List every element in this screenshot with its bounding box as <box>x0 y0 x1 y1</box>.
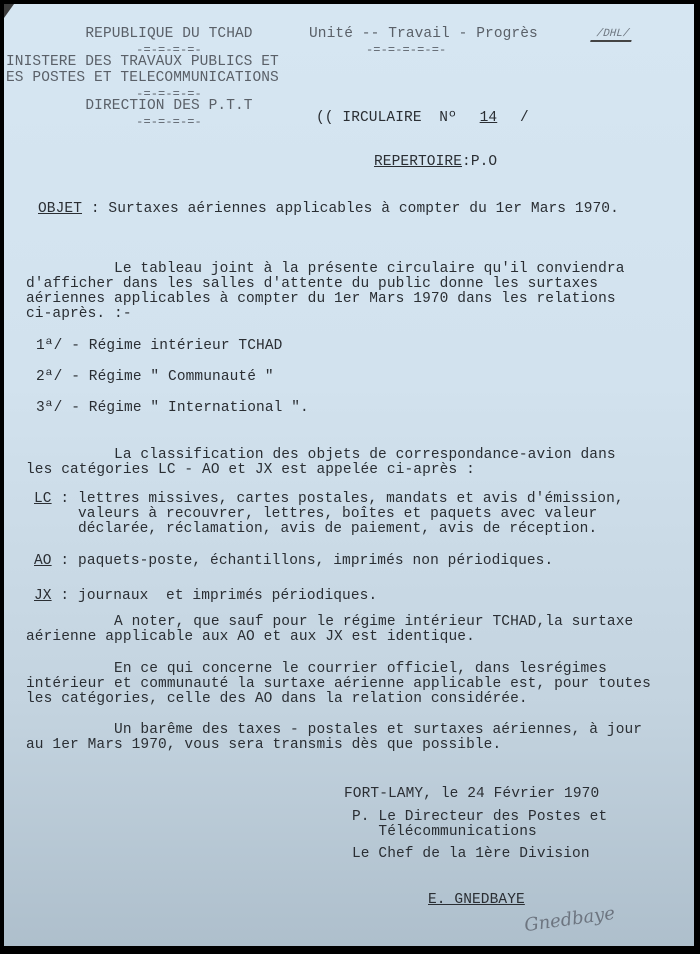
objet-label: OBJET <box>38 201 82 217</box>
official-mail-paragraph: intérieur et communauté la surtaxe aérie… <box>26 676 651 692</box>
reference-stamp: /DHL/ <box>590 28 635 42</box>
objet: OBJET : Surtaxes aériennes applicables à… <box>38 201 619 217</box>
official-mail-paragraph: En ce qui concerne le courrier officiel,… <box>26 661 607 677</box>
repertoire-label: REPERTOIRE <box>374 154 462 170</box>
category-lc-cont: déclarée, réclamation, avis de paiement,… <box>34 521 597 537</box>
signatory-line: P. Le Directeur des Postes et <box>352 809 607 825</box>
handwritten-signature: Gnedbaye <box>523 903 616 936</box>
bareme-paragraph: au 1er Mars 1970, vous sera transmis dès… <box>26 737 501 753</box>
intro-line: Le tableau joint à la présente circulair… <box>26 261 625 277</box>
objet-text: : Surtaxes aériennes applicables à compt… <box>82 201 619 217</box>
category-ao: AO : paquets-poste, échantillons, imprim… <box>34 553 553 569</box>
note-paragraph: aérienne applicable aux AO et aux JX est… <box>26 629 475 645</box>
circulaire-heading: (( IRCULAIRE Nº 14 / <box>316 110 529 126</box>
repertoire: REPERTOIRE:P.O <box>374 154 497 170</box>
circulaire-label: (( IRCULAIRE Nº <box>316 110 466 126</box>
direction-title: DIRECTION DES P.T.T <box>44 98 294 114</box>
regime-item: 3ª/ - Régime " International ". <box>36 400 309 416</box>
place-date: FORT-LAMY, le 24 Février 1970 <box>344 786 599 802</box>
intro-line: aériennes applicables à compter du 1er M… <box>26 291 616 307</box>
circulaire-suffix: / <box>511 110 529 126</box>
category-text: : lettres missives, cartes postales, man… <box>52 491 624 507</box>
category-code: LC <box>34 491 52 507</box>
separator: -=-=-=-=- <box>44 114 294 130</box>
category-code: JX <box>34 588 52 604</box>
signatory-title: Le Chef de la 1ère Division <box>352 846 590 862</box>
classification-line: La classification des objets de correspo… <box>26 447 616 463</box>
bareme-paragraph: Un barême des taxes - postales et surtax… <box>26 722 642 738</box>
regime-item: 1ª/ - Régime intérieur TCHAD <box>36 338 282 354</box>
category-text: : paquets-poste, échantillons, imprimés … <box>52 553 554 569</box>
republic-title: REPUBLIQUE DU TCHAD <box>44 26 294 42</box>
ministry-line-2: ES POSTES ET TELECOMMUNICATIONS <box>6 70 279 86</box>
classification-line: les catégories LC - AO et JX est appelée… <box>26 462 475 478</box>
ministry-line-1: INISTERE DES TRAVAUX PUBLICS ET <box>6 54 279 70</box>
motto: Unité -- Travail - Progrès <box>309 26 538 42</box>
signatory-line: Télécommunications <box>352 824 537 840</box>
category-lc-cont: valeurs à recouvrer, lettres, boîtes et … <box>34 506 597 522</box>
document-page: REPUBLIQUE DU TCHAD -=-=-=-=- INISTERE D… <box>4 4 694 946</box>
note-paragraph: A noter, que sauf pour le régime intérie… <box>26 614 633 630</box>
category-jx: JX : journaux et imprimés périodiques. <box>34 588 377 604</box>
category-lc: LC : lettres missives, cartes postales, … <box>34 491 624 507</box>
intro-line: ci-après. :- <box>26 306 132 322</box>
motto-separator: -=-=-=-=-=- <box>366 42 446 58</box>
regime-item: 2ª/ - Régime " Communauté " <box>36 369 274 385</box>
intro-line: d'afficher dans les salles d'attente du … <box>26 276 598 292</box>
official-mail-paragraph: les catégories, celle des AO dans la rel… <box>26 691 528 707</box>
category-text: : journaux et imprimés périodiques. <box>52 588 378 604</box>
signatory-name: E. GNEDBAYE <box>428 892 525 908</box>
page-corner-fold <box>4 4 14 18</box>
circulaire-number: 14 <box>466 110 512 126</box>
repertoire-value: :P.O <box>462 154 497 170</box>
category-code: AO <box>34 553 52 569</box>
